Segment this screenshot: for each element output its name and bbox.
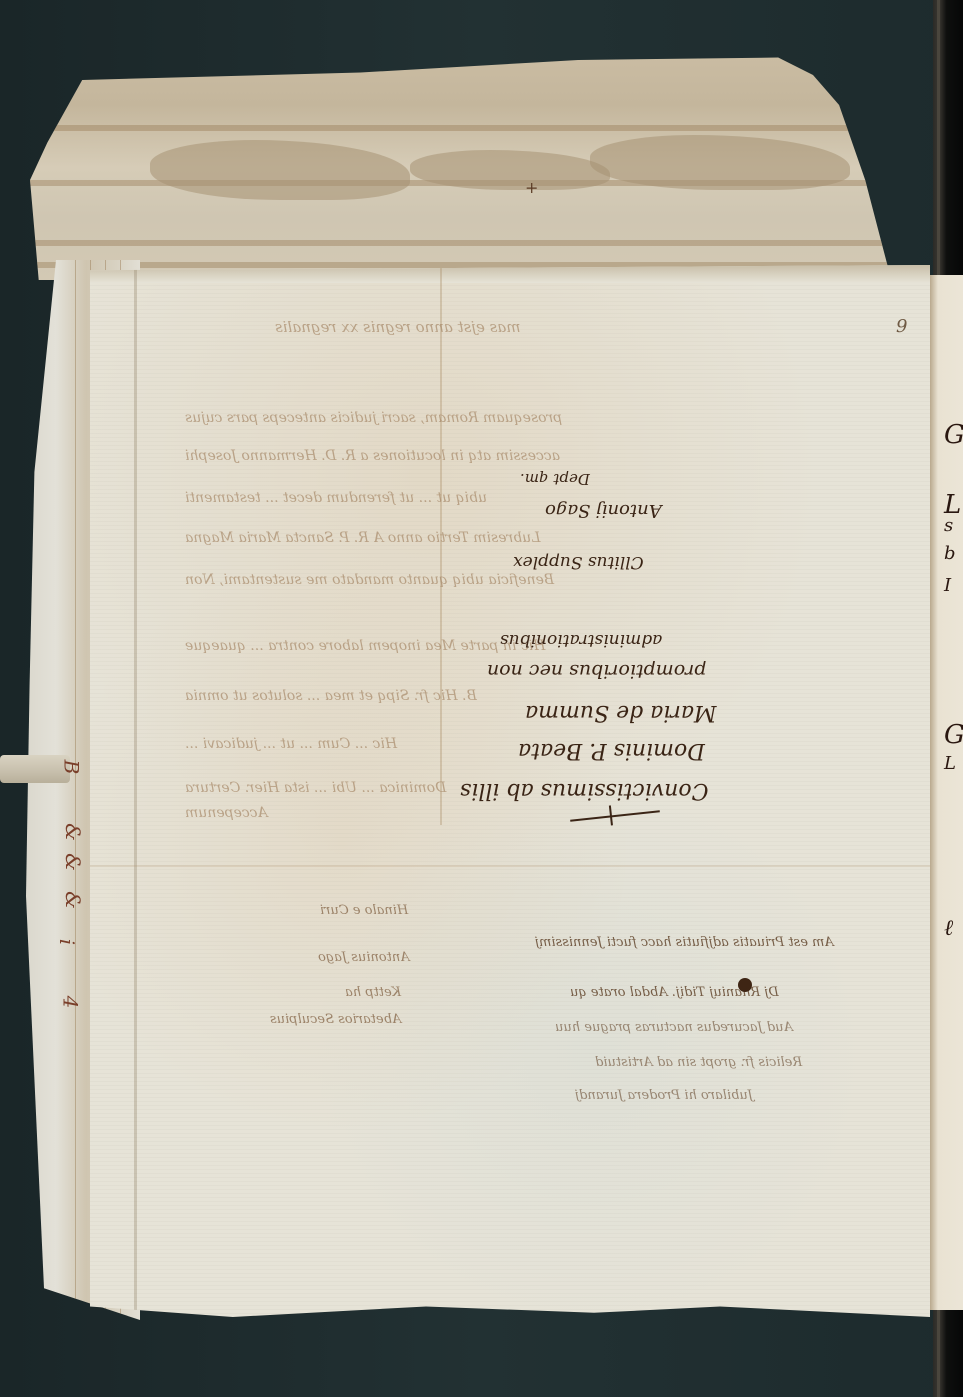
edge-letter: 4	[58, 996, 82, 1009]
mirrored-line: Lubresim Tertio anno A R. P. Sancta Mari…	[185, 530, 540, 546]
mirrored-signature-line: Hinalo e Curi	[320, 903, 408, 918]
edge-letter: i	[55, 939, 79, 945]
edge-letter: B	[59, 760, 83, 775]
mirrored-line: accessim atq in locutiones a R. D. Herma…	[185, 448, 560, 464]
inscription-line: Convictissimus ab illis	[460, 778, 708, 803]
facing-page-glyph: G	[944, 720, 963, 750]
mirrored-line: prosequam Romam, sacri judicis anteceps …	[185, 410, 562, 426]
mirrored-line: Beneficia ubiq quanto mandato me sustent…	[185, 572, 554, 588]
mirrored-note-line: Am est Priuatis adjfiutis hacc fucti Jen…	[535, 935, 834, 950]
edge-letter: &	[61, 853, 85, 871]
inscription-line: Dominis P. Beata	[518, 738, 705, 763]
facing-page-glyph: I	[944, 575, 951, 596]
inscription-line: Antonij Sago	[545, 500, 662, 521]
facing-page-glyph: L	[944, 753, 956, 774]
inscription-line: Dept qm.	[520, 470, 590, 488]
mirrored-line: Accepenum	[185, 805, 268, 821]
mirrored-line: Hic in parte Mea inopem labore contra ..…	[185, 638, 545, 654]
mirrored-line: Hic ... Cum ... ut ... judicavi ...	[185, 736, 397, 752]
mirrored-note-line: Relicis fr. gropt sin ad Artistuid	[595, 1055, 802, 1070]
mirrored-line: Dominica ... Ubi ... ista Hier. Certura	[185, 780, 446, 796]
mirrored-line: ubiq ut ... ut ferendum decet ... testam…	[185, 490, 487, 506]
inscription-line: administrationibus	[500, 630, 662, 650]
folio-number: 9	[896, 316, 907, 337]
inscription-line: Maria de Summa	[525, 700, 716, 725]
mirrored-line: B. Hic fr. Sipq et mea ... solutos ut om…	[185, 688, 477, 704]
facing-page-glyph: b	[944, 543, 956, 564]
mirrored-signature-line: Kettp ha	[345, 985, 401, 1000]
edge-letter: &	[61, 891, 85, 909]
mirrored-header: mas ejst anno regnis xx regnalis	[275, 318, 521, 336]
mirrored-signature-line: Antonius Jago	[318, 950, 410, 965]
inscription-line: Cllitus Supplex	[513, 552, 644, 572]
mirrored-note-line: Jubilaro hi Prodera Jurandj	[575, 1088, 753, 1103]
mirrored-note-line: Aud Jacuredus nacturas prague huu	[555, 1020, 793, 1035]
ink-blot	[738, 978, 752, 992]
pencil-cross-mark: +	[525, 178, 538, 197]
facing-page-glyph: G	[944, 420, 963, 450]
facing-page-glyph: ℓ	[944, 915, 953, 941]
edge-letter: &	[61, 823, 85, 841]
mirrored-signature-line: Abetarios Seculpius	[270, 1012, 401, 1027]
facing-page-edge: G L s b I G L ℓ	[930, 275, 963, 1310]
facing-page-glyph: s	[944, 515, 953, 536]
inscription-line: promptioribus nec non	[487, 660, 706, 682]
